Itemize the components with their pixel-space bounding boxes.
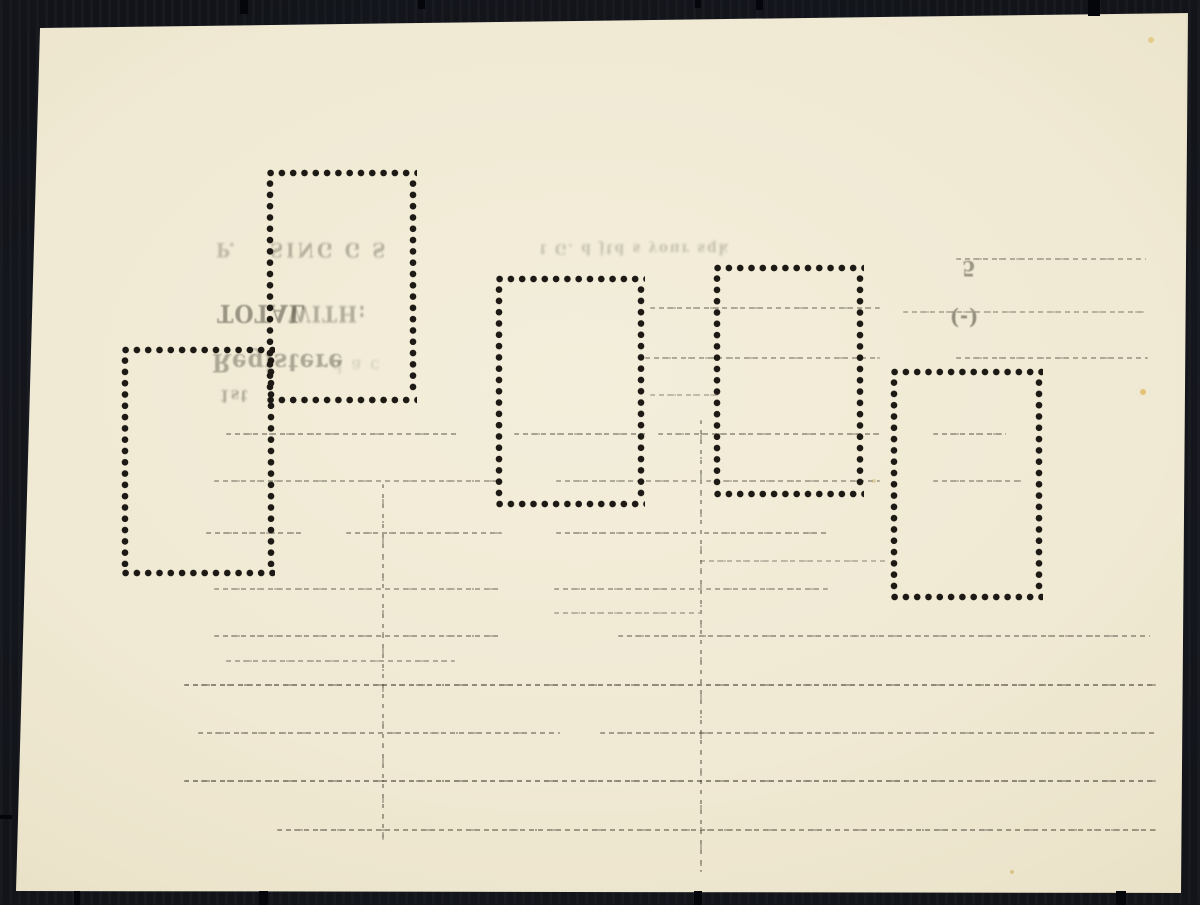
stain-spot xyxy=(872,479,876,483)
film-notch-top xyxy=(240,0,248,14)
film-notch-bottom xyxy=(259,891,268,905)
stain-spot xyxy=(1140,389,1146,395)
scanned-sheet-photo: P.SING G St G. d jtd s your sqkTOTALWITH… xyxy=(0,0,1200,905)
film-notch-left xyxy=(0,815,12,819)
film-notch-top xyxy=(418,0,425,9)
film-notch-top xyxy=(756,0,763,10)
film-notch-top xyxy=(695,0,701,8)
film-notch-top xyxy=(1088,0,1100,16)
film-notch-bottom xyxy=(694,891,702,905)
film-notch-bottom xyxy=(1116,891,1126,905)
stain-spot xyxy=(1148,37,1154,43)
film-notch-bottom xyxy=(74,891,80,905)
scanner-edge-marks xyxy=(0,0,1200,905)
stain-spot xyxy=(1010,870,1014,874)
